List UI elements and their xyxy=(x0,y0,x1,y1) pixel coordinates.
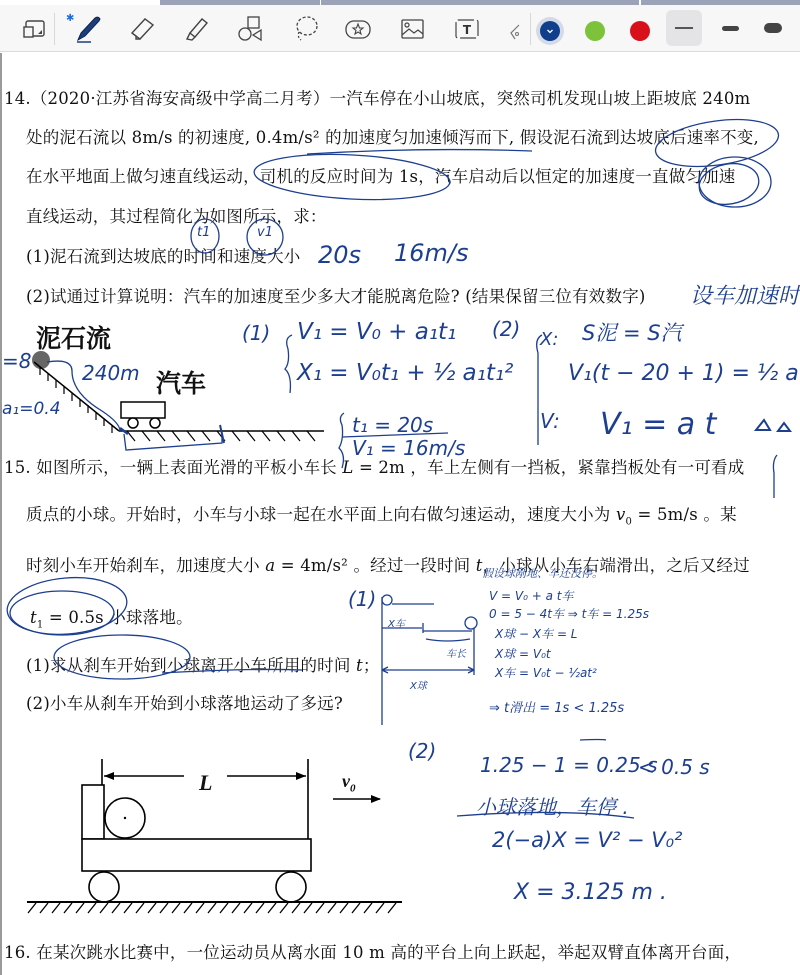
hw-q15-eq2: 0 = 5 − 4t车 ⇒ t车 = 1.25s xyxy=(489,605,649,622)
shapes-tool-button[interactable] xyxy=(232,11,268,47)
q15-sub-question-1: (1)求从刹车开始到小球离开小车所用的时间 t； xyxy=(26,655,380,677)
hw-mud-acceleration: a₁=0.4 xyxy=(2,399,61,419)
stroke-width-thick[interactable] xyxy=(755,10,791,46)
q15-line-1: 15. 如图所示，一辆上表面光滑的平板小车长 L = 2m ，车上左侧有一挡板，… xyxy=(4,457,744,479)
svg-text:T: T xyxy=(463,23,472,37)
stroke-width-thin[interactable] xyxy=(666,10,702,46)
hw-t1-note: t1 xyxy=(197,225,210,240)
hw-q15-2-compare: < 0.5 s xyxy=(638,755,710,779)
stroke-width-medium[interactable] xyxy=(712,10,748,46)
q14-line-1: 14.（2020·江苏省海安高级中学高二月考）一汽车停在小山坡底，突然司机发现山… xyxy=(4,88,750,110)
q14-line-2: 处的泥石流以 8m/s 的初速度, 0.4m/s² 的加速度匀加速倾泻而下, 假… xyxy=(26,127,759,149)
hw-mud-initial-velocity: =8 xyxy=(2,349,31,373)
hw-answer-time: 20s xyxy=(318,241,361,269)
hw-sol2-x: X: xyxy=(540,329,558,350)
hw-q15-note: 假设球剐地、车还没停。 xyxy=(482,565,603,581)
sticker-tool-button[interactable] xyxy=(340,11,376,47)
toolbar-divider xyxy=(530,13,531,45)
q14-sub-question-1: (1)泥石流到达坡底的时间和速度大小 xyxy=(26,246,300,268)
hw-q14-2-note: 设车加速时 xyxy=(690,279,800,310)
eraser-tool-button[interactable] xyxy=(124,11,160,47)
pen-tool-button[interactable] xyxy=(70,11,106,47)
hw-sketch-xcar: X车 xyxy=(388,615,405,630)
page-layout-button[interactable] xyxy=(16,11,52,47)
hw-answer-speed: 16m/s xyxy=(394,239,469,267)
hw-mud-distance: 240m xyxy=(82,361,140,385)
text-box-icon: T xyxy=(451,13,483,45)
hw-sketch-length: 车长 xyxy=(446,645,466,660)
variable-L: L xyxy=(342,458,353,477)
image-icon xyxy=(398,13,430,45)
hw-sol1-res2: V₁ = 16m/s xyxy=(352,436,465,460)
color-swatch-red[interactable] xyxy=(630,21,650,41)
velocity-label: v0 xyxy=(342,771,356,795)
q14-sub-question-2: (2)试通过计算说明：汽车的加速度至少多大才能脱离危险? (结果保留三位有效数字… xyxy=(26,286,646,308)
annotation-toolbar: ✱ xyxy=(0,5,800,52)
hw-q15-2-note: 小球落地，车停 . xyxy=(476,791,629,820)
hw-sol1-eq1: V₁ = V₀ + a₁t₁ xyxy=(297,319,456,345)
hw-q15-1-label: (1) xyxy=(348,587,376,611)
hw-q15-eq5: X车 = V₀t − ½at² xyxy=(495,664,597,681)
hw-sketch-xball: X球 xyxy=(410,677,427,692)
hw-sol1-label: (1) xyxy=(242,321,270,345)
hw-q15-eq3: X球 − X车 = L xyxy=(495,625,578,642)
toolbar-divider xyxy=(54,13,55,45)
hw-sol2-eq3: V₁ = a t xyxy=(600,407,716,442)
medium-line-icon xyxy=(722,26,739,31)
lasso-tool-button[interactable] xyxy=(288,11,324,47)
mudflow-label: 泥石流 xyxy=(36,319,111,355)
eraser-icon xyxy=(126,13,158,45)
hw-q15-eq1: V = V₀ + a t车 xyxy=(489,587,573,604)
q15-line-3: 时刻小车开始刹车，加速度大小 a = 4m/s² 。经过一段时间 t，小球从小车… xyxy=(26,555,750,577)
chevron-down-icon xyxy=(540,21,560,41)
highlighter-tool-button[interactable] xyxy=(178,11,214,47)
q14-line-3: 在水平地面上做匀速直线运动，司机的反应时间为 1s，汽车启动后以恒定的加速度一直… xyxy=(26,166,736,188)
shapes-icon xyxy=(234,13,266,45)
pen-icon xyxy=(72,13,104,45)
document-page[interactable]: 14.（2020·江苏省海安高级中学高二月考）一汽车停在小山坡底，突然司机发现山… xyxy=(0,53,800,975)
thin-line-icon xyxy=(675,27,693,29)
hw-sol1-res1: t₁ = 20s xyxy=(352,413,433,437)
color-swatch-dark-blue[interactable] xyxy=(540,21,560,41)
tag-icon xyxy=(505,13,531,45)
hw-q15-result: ⇒ t滑出 = 1s < 1.25s xyxy=(489,697,624,716)
length-label: L xyxy=(199,770,212,796)
page-layout-icon xyxy=(21,18,47,40)
thick-line-icon xyxy=(764,23,782,33)
hw-sol2-eq2: V₁(t − 20 + 1) = ½ a t² xyxy=(568,361,800,386)
hw-sol2-label: (2) xyxy=(492,317,520,341)
hw-q15-2-result: X = 3.125 m . xyxy=(514,880,667,905)
car-label: 汽车 xyxy=(156,364,206,400)
highlighter-icon xyxy=(180,13,212,45)
image-tool-button[interactable] xyxy=(396,11,432,47)
text-tool-button[interactable]: T xyxy=(449,11,485,47)
hw-sol2-v: V: xyxy=(540,409,560,433)
color-swatch-green[interactable] xyxy=(585,21,605,41)
q15-line-4: t1 = 0.5s 小球落地。 xyxy=(30,607,193,636)
hw-q15-2-label: (2) xyxy=(408,739,436,763)
lasso-icon xyxy=(290,13,322,45)
hw-v1-note: v1 xyxy=(257,225,273,240)
hw-q15-2-eq1: 1.25 − 1 = 0.25 s xyxy=(480,753,658,777)
sticker-icon xyxy=(342,13,374,45)
hw-sol2-eq1: S泥 = S汽 xyxy=(582,317,682,347)
hw-q15-eq4: X球 = V₀t xyxy=(495,645,551,662)
q15-sub-question-2: (2)小车从刹车开始到小球落地运动了多远? xyxy=(26,693,343,715)
hw-q15-2-eq2: 2(−a)X = V² − V₀² xyxy=(492,828,682,852)
q15-line-2: 质点的小球。开始时，小车与小球一起在水平面上向右做匀速运动，速度大小为 v0 =… xyxy=(26,504,737,533)
q16-line-1: 16. 在某次跳水比赛中，一位运动员从离水面 10 m 高的平台上向上跃起，举起… xyxy=(4,942,741,964)
hw-sol1-eq2: X₁ = V₀t₁ + ½ a₁t₁² xyxy=(297,360,513,386)
q14-line-4: 直线运动，其过程简化为如图所示，求： xyxy=(26,206,327,228)
